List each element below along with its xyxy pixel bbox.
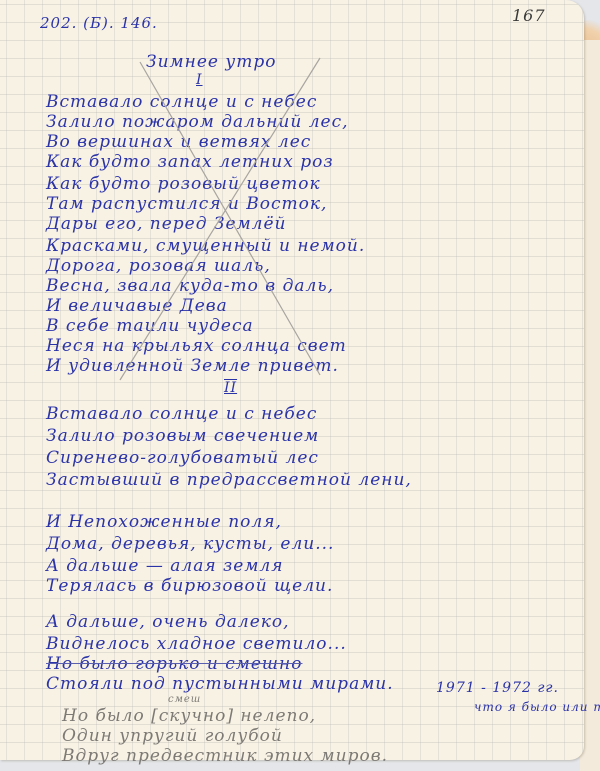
part1-line: Весна, звала куда-то в даль, [46,276,334,296]
part2-line: Стояли под пустынными мирами. [46,674,394,694]
pencil-line: Вдруг предвестник этих миров. [62,746,388,766]
part-two-numeral: II [224,380,237,396]
page-number: 167 [512,6,546,25]
part2-line: Застывший в предрассветной лени, [46,470,412,490]
composition-date: 1971 - 1972 гг. [436,680,559,696]
part2-line-struck: Но было горько и смешно [46,654,302,674]
part2-line: А дальше — алая земля [46,556,284,576]
pencil-line: Один упругий голубой [62,726,283,746]
part-one-numeral: I [196,72,203,88]
part2-line: И Непохоженные поля, [46,512,282,532]
part1-line: Дары его, перед Землёй [46,214,287,234]
part1-line: И удивленной Земле привет. [46,356,339,376]
part1-line: Неся на крыльях солнца свет [46,336,347,356]
part1-line: Там распустился и Восток, [46,194,327,214]
pencil-line: Но было [скучно] нелепо, [62,706,316,726]
part2-line: Терялась в бирюзовой щели. [46,576,333,596]
part1-line: Дорога, розовая шаль, [46,256,271,276]
poem-title: Зимнее утро [146,52,276,72]
part2-line: А дальше, очень далеко, [46,612,290,632]
part2-line: Залило розовым свечением [46,426,319,446]
part1-line: В себе таили чудеса [46,316,254,336]
part2-line: Сиренево-голубоватый лес [46,448,319,468]
catalog-number: 202. (Б). 146. [40,14,158,32]
part2-line: Виднелось хладное светило... [46,634,347,654]
part1-line: Красками, смущенный и немой. [46,236,365,256]
part1-line: Как будто запах летних роз [46,152,334,172]
pencil-correction: смеш [168,694,201,705]
manuscript-page: 202. (Б). 146. 167 Зимнее утро I Вставал… [0,0,584,760]
part1-line: Как будто розовый цветок [46,174,321,194]
margin-note: что я было или так нель-зя [474,700,600,714]
part1-line: Залило пожаром дальний лес, [46,112,349,132]
part1-line: И величавые Дева [46,296,228,316]
part2-line: Вставало солнце и с небес [46,404,317,424]
part1-line: Во вершинах и ветвях лес [46,132,311,152]
part2-line: Дома, деревья, кусты, ели... [46,534,334,554]
part1-line: Вставало солнце и с небес [46,92,317,112]
